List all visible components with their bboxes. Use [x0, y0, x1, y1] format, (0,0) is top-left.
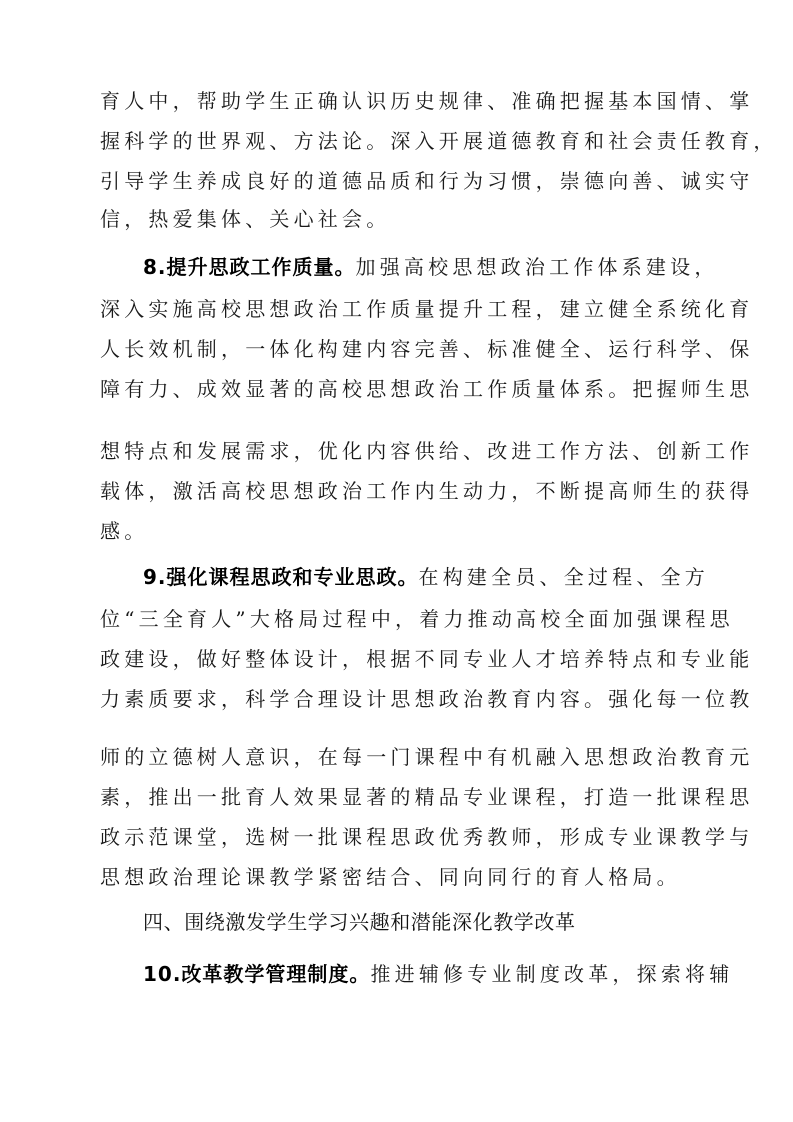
item-10-first-line: 10.改革教学管理制度。推进辅修专业制度改革，探索将辅 [143, 962, 700, 986]
section-heading: 四、围绕激发学生学习兴趣和潜能深化教学改革 [143, 910, 700, 934]
body-text-line: 人长效机制，一体化构建内容完善、标准健全、运行科学、保 [100, 337, 700, 361]
body-text-line: 障有力、成效显著的高校思想政治工作质量体系。把握师生思 [100, 377, 700, 401]
body-text-line: 力素质要求，科学合理设计思想政治教育内容。强化每一位教 [100, 687, 700, 711]
body-text-line: 位“三全育人”大格局过程中，着力推动高校全面加强课程思 [100, 607, 700, 631]
item-8-title: 8.提升思政工作质量。 [143, 255, 356, 279]
body-text-line: 政示范课堂，选树一批课程思政优秀教师，形成专业课教学与 [100, 825, 700, 849]
item-8-first-line: 8.提升思政工作质量。加强高校思想政治工作体系建设， [143, 255, 700, 279]
item-9-title: 9.强化课程思政和专业思政。 [143, 565, 419, 589]
body-text-line: 想特点和发展需求，优化内容供给、改进工作方法、创新工作 [100, 439, 700, 463]
body-text-line: 政建设，做好整体设计，根据不同专业人才培养特点和专业能 [100, 647, 700, 671]
body-text-line: 引导学生养成良好的道德品质和行为习惯，崇德向善、诚实守 [100, 169, 700, 193]
body-text-line: 素，推出一批育人效果显著的精品专业课程，打造一批课程思 [100, 785, 700, 809]
body-text-line: 载体，激活高校思想政治工作内生动力，不断提高师生的获得 [100, 479, 700, 503]
body-text-line: 深入实施高校思想政治工作质量提升工程，建立健全系统化育 [100, 297, 700, 321]
body-text-line: 信，热爱集体、关心社会。 [100, 207, 700, 231]
body-text-line: 思想政治理论课教学紧密结合、同向同行的育人格局。 [100, 865, 700, 889]
item-10-title: 10.改革教学管理制度。 [143, 962, 370, 986]
item-8-text: 加强高校思想政治工作体系建设， [356, 255, 719, 279]
body-text-line: 握科学的世界观、方法论。深入开展道德教育和社会责任教育， [100, 129, 700, 153]
item-10-text: 推进辅修专业制度改革，探索将辅 [370, 962, 733, 986]
body-text-line: 育人中，帮助学生正确认识历史规律、准确把握基本国情、掌 [100, 89, 700, 113]
item-9-first-line: 9.强化课程思政和专业思政。在构建全员、全过程、全方 [143, 565, 700, 589]
item-9-text: 在构建全员、全过程、全方 [419, 565, 709, 589]
body-text-line: 师的立德树人意识，在每一门课程中有机融入思想政治教育元 [100, 745, 700, 769]
body-text-line: 感。 [100, 519, 700, 543]
